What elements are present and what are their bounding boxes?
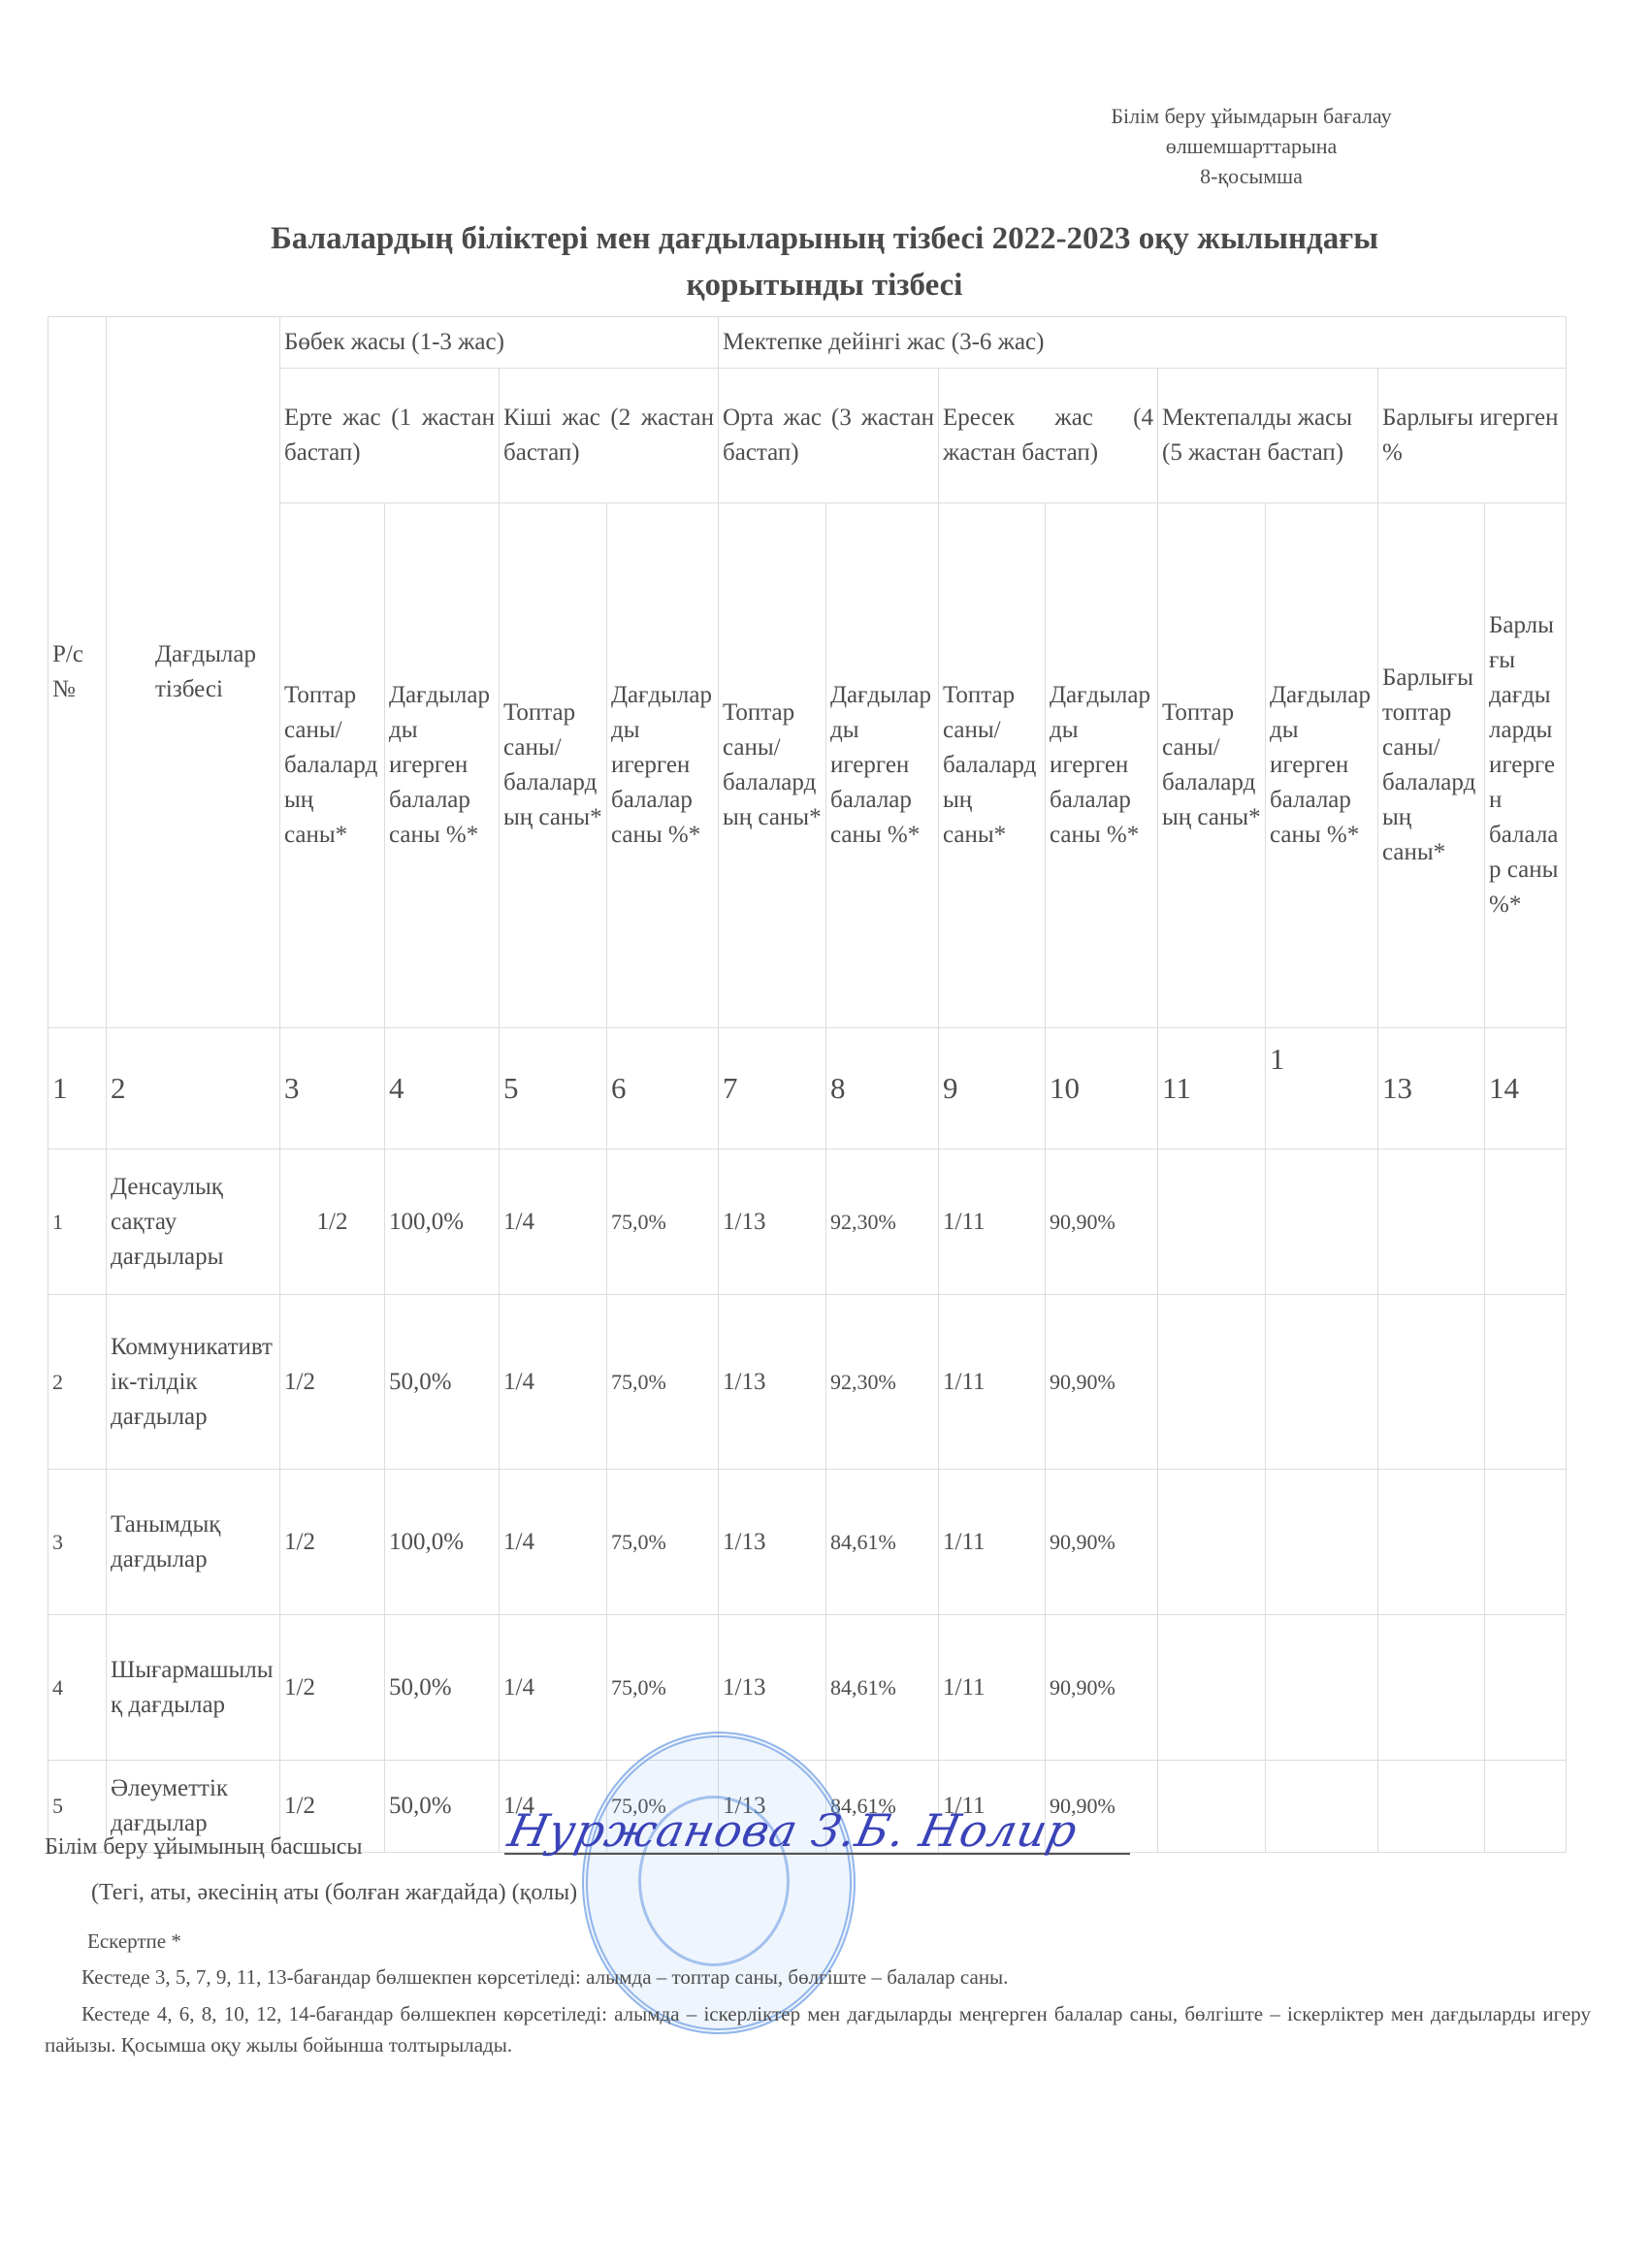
annex-reference: Білім беру ұйымдарын бағалау өлшемшартта… [1009,101,1494,191]
header-leaf-groups: Топтар саны/ балалардың саны* [500,503,607,1028]
header-row-groups: Р/с № Дағдылар тізбесі Бөбек жасы (1-3 ж… [48,317,1567,369]
column-number: 5 [500,1028,607,1150]
header-leaf-groups: Топтар саны/ балалардың саны* [1158,503,1266,1028]
cell-c3: 1/2 [280,1615,385,1761]
cell-c8: 92,30% [826,1295,939,1470]
header-leaf-total-mastered: Барлығы дағдыларды игерген балалар саны … [1485,503,1567,1028]
column-number: 1 [1266,1028,1378,1150]
table-row: 1Денсаулық сақтау дағдылары1/2100,0%1/47… [48,1150,1567,1295]
header-leaf-groups: Топтар саны/ балалардың саны* [719,503,826,1028]
cell-c4: 50,0% [385,1615,500,1761]
cell-c4: 100,0% [385,1150,500,1295]
header-sub-total: Барлығы игерген % [1378,369,1567,503]
cell-c5: 1/4 [500,1615,607,1761]
skill-name: Денсаулық сақтау дағдылары [107,1150,280,1295]
cell-c4: 100,0% [385,1470,500,1615]
cell-c7: 1/13 [719,1150,826,1295]
cell-c10: 90,90% [1046,1295,1158,1470]
signature: Нуржанова З.Б. Нолир [503,1804,1083,1857]
annex-line-1: Білім беру ұйымдарын бағалау [1009,101,1494,131]
cell-c13 [1378,1761,1485,1853]
column-number: 2 [107,1028,280,1150]
table-body: 1Денсаулық сақтау дағдылары1/2100,0%1/47… [48,1150,1567,1853]
table-row: 2Коммуникативтік-тілдік дағдылар1/250,0%… [48,1295,1567,1470]
cell-c12 [1266,1761,1378,1853]
header-rownum: Р/с № [48,317,107,1028]
cell-c11 [1158,1150,1266,1295]
cell-c7: 1/13 [719,1295,826,1470]
cell-c13 [1378,1295,1485,1470]
name-hint: (Тегі, аты, әкесінің аты (болған жағдайд… [91,1877,577,1908]
column-number: 8 [826,1028,939,1150]
header-leaf-groups: Топтар саны/ балалардың саны* [280,503,385,1028]
cell-c12 [1266,1470,1378,1615]
cell-c5: 1/4 [500,1150,607,1295]
header-group-preschool: Мектепке дейінгі жас (3-6 жас) [719,317,1567,369]
cell-c4: 50,0% [385,1761,500,1853]
table-row: 4Шығармашылық дағдылар1/250,0%1/475,0%1/… [48,1615,1567,1761]
cell-c12 [1266,1150,1378,1295]
column-number: 9 [939,1028,1046,1150]
column-number-row: 123456789101111314 [48,1028,1567,1150]
cell-c12 [1266,1295,1378,1470]
column-number: 7 [719,1028,826,1150]
header-sub-early: Ерте жас (1 жастан бастап) [280,369,500,503]
cell-c9: 1/11 [939,1470,1046,1615]
header-leaf-total-groups: Барлығы топтар саны/ балалардың саны* [1378,503,1485,1028]
cell-c10: 90,90% [1046,1150,1158,1295]
header-sub-senior: Ересек жас (4 жастан бастап) [939,369,1158,503]
column-number: 13 [1378,1028,1485,1150]
cell-c10: 90,90% [1046,1615,1158,1761]
cell-c7: 1/13 [719,1470,826,1615]
cell-c14 [1485,1761,1567,1853]
header-leaf-mastered: Дағдыларды игерген балалар саны %* [607,503,719,1028]
cell-c9: 1/11 [939,1615,1046,1761]
column-number: 10 [1046,1028,1158,1150]
cell-c14 [1485,1470,1567,1615]
header-group-infant: Бөбек жасы (1-3 жас) [280,317,719,369]
row-number: 2 [48,1295,107,1470]
note-title: Ескертпе * [87,1926,1639,1957]
header-skills: Дағдылар тізбесі [107,317,280,1028]
annex-line-3: 8-қосымша [1009,161,1494,191]
row-number: 1 [48,1150,107,1295]
skill-name: Шығармашылық дағдылар [107,1615,280,1761]
annex-line-2: өлшемшарттарына [1009,131,1494,161]
header-sub-junior: Кіші жас (2 жастан бастап) [500,369,719,503]
column-number: 14 [1485,1028,1567,1150]
cell-c12 [1266,1615,1378,1761]
skill-name: Танымдық дағдылар [107,1470,280,1615]
document-title: Балалардың біліктері мен дағдыларының ті… [58,215,1591,308]
column-number: 3 [280,1028,385,1150]
column-number: 6 [607,1028,719,1150]
title-line-2: қорытынды тізбесі [58,262,1591,308]
row-number: 4 [48,1615,107,1761]
cell-c9: 1/11 [939,1150,1046,1295]
cell-c8: 92,30% [826,1150,939,1295]
header-leaf-mastered: Дағдыларды игерген балалар саны %* [385,503,500,1028]
cell-c14 [1485,1150,1567,1295]
header-sub-middle: Орта жас (3 жастан бастап) [719,369,939,503]
note-1: Кестеде 3, 5, 7, 9, 11, 13-бағандар бөлш… [81,1961,1633,1993]
cell-c11 [1158,1470,1266,1615]
cell-c14 [1485,1295,1567,1470]
note-2: Кестеде 4, 6, 8, 10, 12, 14-бағандар бөл… [45,1998,1591,2060]
cell-c5: 1/4 [500,1295,607,1470]
header-leaf-groups: Топтар саны/ балалардың саны* [939,503,1046,1028]
cell-c11 [1158,1615,1266,1761]
cell-c6: 75,0% [607,1295,719,1470]
skills-table: Р/с № Дағдылар тізбесі Бөбек жасы (1-3 ж… [48,316,1567,1853]
cell-c6: 75,0% [607,1150,719,1295]
table-row: 3Танымдық дағдылар1/2100,0%1/475,0%1/138… [48,1470,1567,1615]
cell-c4: 50,0% [385,1295,500,1470]
title-line-1: Балалардың біліктері мен дағдыларының ті… [58,215,1591,262]
cell-c11 [1158,1295,1266,1470]
cell-c13 [1378,1615,1485,1761]
cell-c9: 1/11 [939,1295,1046,1470]
header-leaf-mastered: Дағдыларды игерген балалар саны %* [826,503,939,1028]
cell-c8: 84,61% [826,1470,939,1615]
cell-c10: 90,90% [1046,1470,1158,1615]
cell-c13 [1378,1150,1485,1295]
column-number: 4 [385,1028,500,1150]
cell-c3: 1/2 [280,1470,385,1615]
head-label: Білім беру ұйымының басшысы [45,1831,363,1863]
row-number: 3 [48,1470,107,1615]
cell-c6: 75,0% [607,1470,719,1615]
cell-c11 [1158,1761,1266,1853]
header-leaf-mastered: Дағдыларды игерген балалар саны %* [1266,503,1378,1028]
cell-c3: 1/2 [280,1150,385,1295]
header-leaf-mastered: Дағдыларды игерген балалар саны %* [1046,503,1158,1028]
column-number: 1 [48,1028,107,1150]
header-sub-preschool: Мектепалды жасы (5 жастан бастап) [1158,369,1378,503]
cell-c14 [1485,1615,1567,1761]
cell-c5: 1/4 [500,1470,607,1615]
cell-c8: 84,61% [826,1615,939,1761]
cell-c13 [1378,1470,1485,1615]
column-number: 11 [1158,1028,1266,1150]
skill-name: Коммуникативтік-тілдік дағдылар [107,1295,280,1470]
cell-c3: 1/2 [280,1295,385,1470]
